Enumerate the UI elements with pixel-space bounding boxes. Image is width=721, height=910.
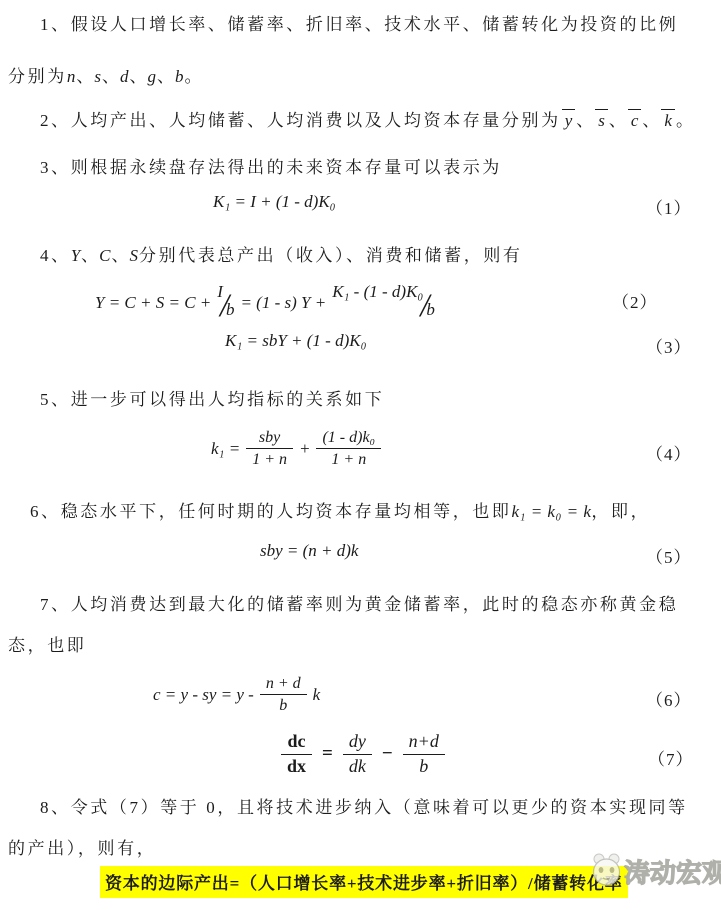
math-var: Y xyxy=(71,246,81,265)
equation-6-pre: c = y - sy = y - xyxy=(153,685,254,705)
fraction-numerator: n + d xyxy=(260,674,307,695)
para-3: 3、则根据永续盘存法得出的未来资本存量可以表示为 xyxy=(40,153,502,178)
fraction-numerator: n+d xyxy=(403,731,445,755)
para-1-line-2-prefix: 分别为 xyxy=(8,67,67,86)
para-6-text1: 6、稳态水平下，任何时期的人均资本存量均相等，也即 xyxy=(30,502,512,521)
highlighted-conclusion: 资本的边际产出=（人口增长率+技术进步率+折旧率）/储蓄转化率 xyxy=(100,866,628,898)
fraction-denominator: b xyxy=(426,300,435,320)
equation-1: K₁ = I + (1 - d)K₀ （1） xyxy=(0,192,721,218)
fraction-numerator: K₁ - (1 - d)K₀ xyxy=(332,282,423,302)
fraction-denominator: 1 + n xyxy=(246,449,293,469)
highlighted-conclusion-text: 资本的边际产出=（人口增长率+技术进步率+折旧率）/储蓄转化率 xyxy=(105,874,623,893)
math-var: b xyxy=(175,67,185,86)
separator: 、 xyxy=(157,67,175,86)
math-var-overbar: y xyxy=(562,109,576,129)
fraction-dy-over-dk: dydk xyxy=(343,731,372,777)
fraction-denominator: dk xyxy=(343,755,372,778)
fraction-numerator: (1 - d)k₀ xyxy=(316,428,381,449)
math-var: d xyxy=(120,67,130,86)
para-7-line-1: 7、人均消费达到最大化的储蓄率则为黄金储蓄率，此时的稳态亦称黄金稳 xyxy=(40,590,678,615)
fraction-nd-over-b: n + db xyxy=(260,674,307,715)
para-1-line-1: 1、假设人口增长率、储蓄率、折旧率、技术水平、储蓄转化为投资的比例 xyxy=(40,10,678,35)
fraction-K1-term-over-b: K₁ - (1 - d)K₀/b xyxy=(332,282,435,324)
separator: 、 xyxy=(76,67,94,86)
equation-1-expression: K₁ = I + (1 - d)K₀ xyxy=(213,192,336,212)
equation-6: c = y - sy = y - n + db k （6） xyxy=(0,672,721,720)
equation-2-part2: = (1 - s) Y + xyxy=(240,293,326,313)
watermark-logo-icon xyxy=(588,850,624,895)
para-2-prefix: 2、人均产出、人均储蓄、人均消费以及人均资本存量分别为 xyxy=(40,111,561,130)
math-var: C xyxy=(99,246,111,265)
period: 。 xyxy=(184,67,204,86)
equation-4-number: （4） xyxy=(646,440,692,465)
math-var-overbar: s xyxy=(595,109,608,129)
equation-7-number: （7） xyxy=(648,745,694,770)
fraction-denominator: b xyxy=(403,755,445,778)
fraction-denominator: b xyxy=(226,300,235,320)
equation-3-number: （3） xyxy=(646,333,692,358)
equation-6-number: （6） xyxy=(646,686,692,711)
separator: 、 xyxy=(112,246,130,265)
fraction-denominator: b xyxy=(260,695,307,715)
para-1-line-2: 分别为n、s、d、g、b。 xyxy=(8,62,204,87)
math-var-overbar: c xyxy=(628,109,642,129)
equation-2: Y = C + S = C + I/b = (1 - s) Y + K₁ - (… xyxy=(0,276,721,328)
separator: 、 xyxy=(129,67,147,86)
equation-4-lhs: k₁ = xyxy=(211,439,240,459)
equation-7: dcdx = dydk − n+db （7） xyxy=(0,729,721,781)
period: 。 xyxy=(676,111,696,130)
equation-7-body: dcdx = dydk − n+db xyxy=(281,731,445,777)
math-var: S xyxy=(130,246,140,265)
fraction-numerator: dy xyxy=(343,731,372,755)
equation-3-body: K₁ = sbY + (1 - d)K₀ xyxy=(225,331,367,351)
equation-4: k₁ = sby1 + n + (1 - d)k₀1 + n （4） xyxy=(0,426,721,474)
equation-2-body: Y = C + S = C + I/b = (1 - s) Y + K₁ - (… xyxy=(95,282,435,324)
para-4-prefix: 4、 xyxy=(40,246,71,265)
equation-5-number: （5） xyxy=(646,543,692,568)
equation-1-number: （1） xyxy=(646,194,692,219)
equals-sign: = xyxy=(322,743,333,765)
equation-4-body: k₁ = sby1 + n + (1 - d)k₀1 + n xyxy=(211,428,381,469)
para-8-line-1: 8、令式（7）等于 0，且将技术进步纳入（意味着可以更少的资本实现同等 xyxy=(40,793,688,818)
separator: 、 xyxy=(609,111,627,130)
para-4-rest: 分别代表总产出（收入）、消费和储蓄，则有 xyxy=(139,246,523,265)
equation-5-expression: sby = (n + d)k xyxy=(260,541,358,561)
equation-5: sby = (n + d)k （5） xyxy=(0,541,721,567)
fraction-numerator: dc xyxy=(281,731,312,755)
equation-1-body: K₁ = I + (1 - d)K₀ xyxy=(213,192,336,212)
fraction-denominator: dx xyxy=(281,755,312,778)
separator: 、 xyxy=(642,111,660,130)
equation-6-body: c = y - sy = y - n + db k xyxy=(153,674,320,715)
fraction-I-over-b: I/b xyxy=(217,282,234,324)
separator: 、 xyxy=(102,67,120,86)
math-var: s xyxy=(94,67,102,86)
fraction-dc-over-dx: dcdx xyxy=(281,731,312,777)
equation-2-part1: Y = C + S = C + xyxy=(95,293,211,313)
math-var-overbar: k xyxy=(661,109,675,129)
para-2: 2、人均产出、人均储蓄、人均消费以及人均资本存量分别为y、s、c、k。 xyxy=(40,106,696,131)
fraction-sby-over-1n: sby1 + n xyxy=(246,428,293,469)
para-6-math: k₁ = k₀ = k xyxy=(512,502,592,521)
para-7-line-2: 态，也即 xyxy=(8,631,86,656)
equation-2-number: （2） xyxy=(612,288,658,313)
equation-3: K₁ = sbY + (1 - d)K₀ （3） xyxy=(0,331,721,357)
para-4: 4、Y、C、S分别代表总产出（收入）、消费和储蓄，则有 xyxy=(40,241,523,266)
equation-6-post: k xyxy=(313,685,321,705)
minus-sign: − xyxy=(382,743,393,765)
para-8-line-2: 的产出），则有， xyxy=(8,834,156,859)
equation-3-expression: K₁ = sbY + (1 - d)K₀ xyxy=(225,331,367,351)
math-var: n xyxy=(67,67,77,86)
fraction-nd-over-b: n+db xyxy=(403,731,445,777)
para-6: 6、稳态水平下，任何时期的人均资本存量均相等，也即k₁ = k₀ = k，即， xyxy=(30,497,650,522)
separator: 、 xyxy=(81,246,99,265)
watermark: 涛动宏观 xyxy=(588,850,721,895)
separator: 、 xyxy=(576,111,594,130)
fraction-numerator: sby xyxy=(246,428,293,449)
equation-5-body: sby = (n + d)k xyxy=(260,541,358,561)
para-5: 5、进一步可以得出人均指标的关系如下 xyxy=(40,385,384,410)
fraction-denominator: 1 + n xyxy=(316,449,381,469)
document-page: 1、假设人口增长率、储蓄率、折旧率、技术水平、储蓄转化为投资的比例 分别为n、s… xyxy=(0,0,721,910)
plus-sign: + xyxy=(299,439,310,459)
para-6-text2: ，即， xyxy=(591,502,650,521)
math-var: g xyxy=(147,67,157,86)
fraction-1dk0-over-1n: (1 - d)k₀1 + n xyxy=(316,428,381,469)
watermark-text: 涛动宏观 xyxy=(624,860,721,886)
